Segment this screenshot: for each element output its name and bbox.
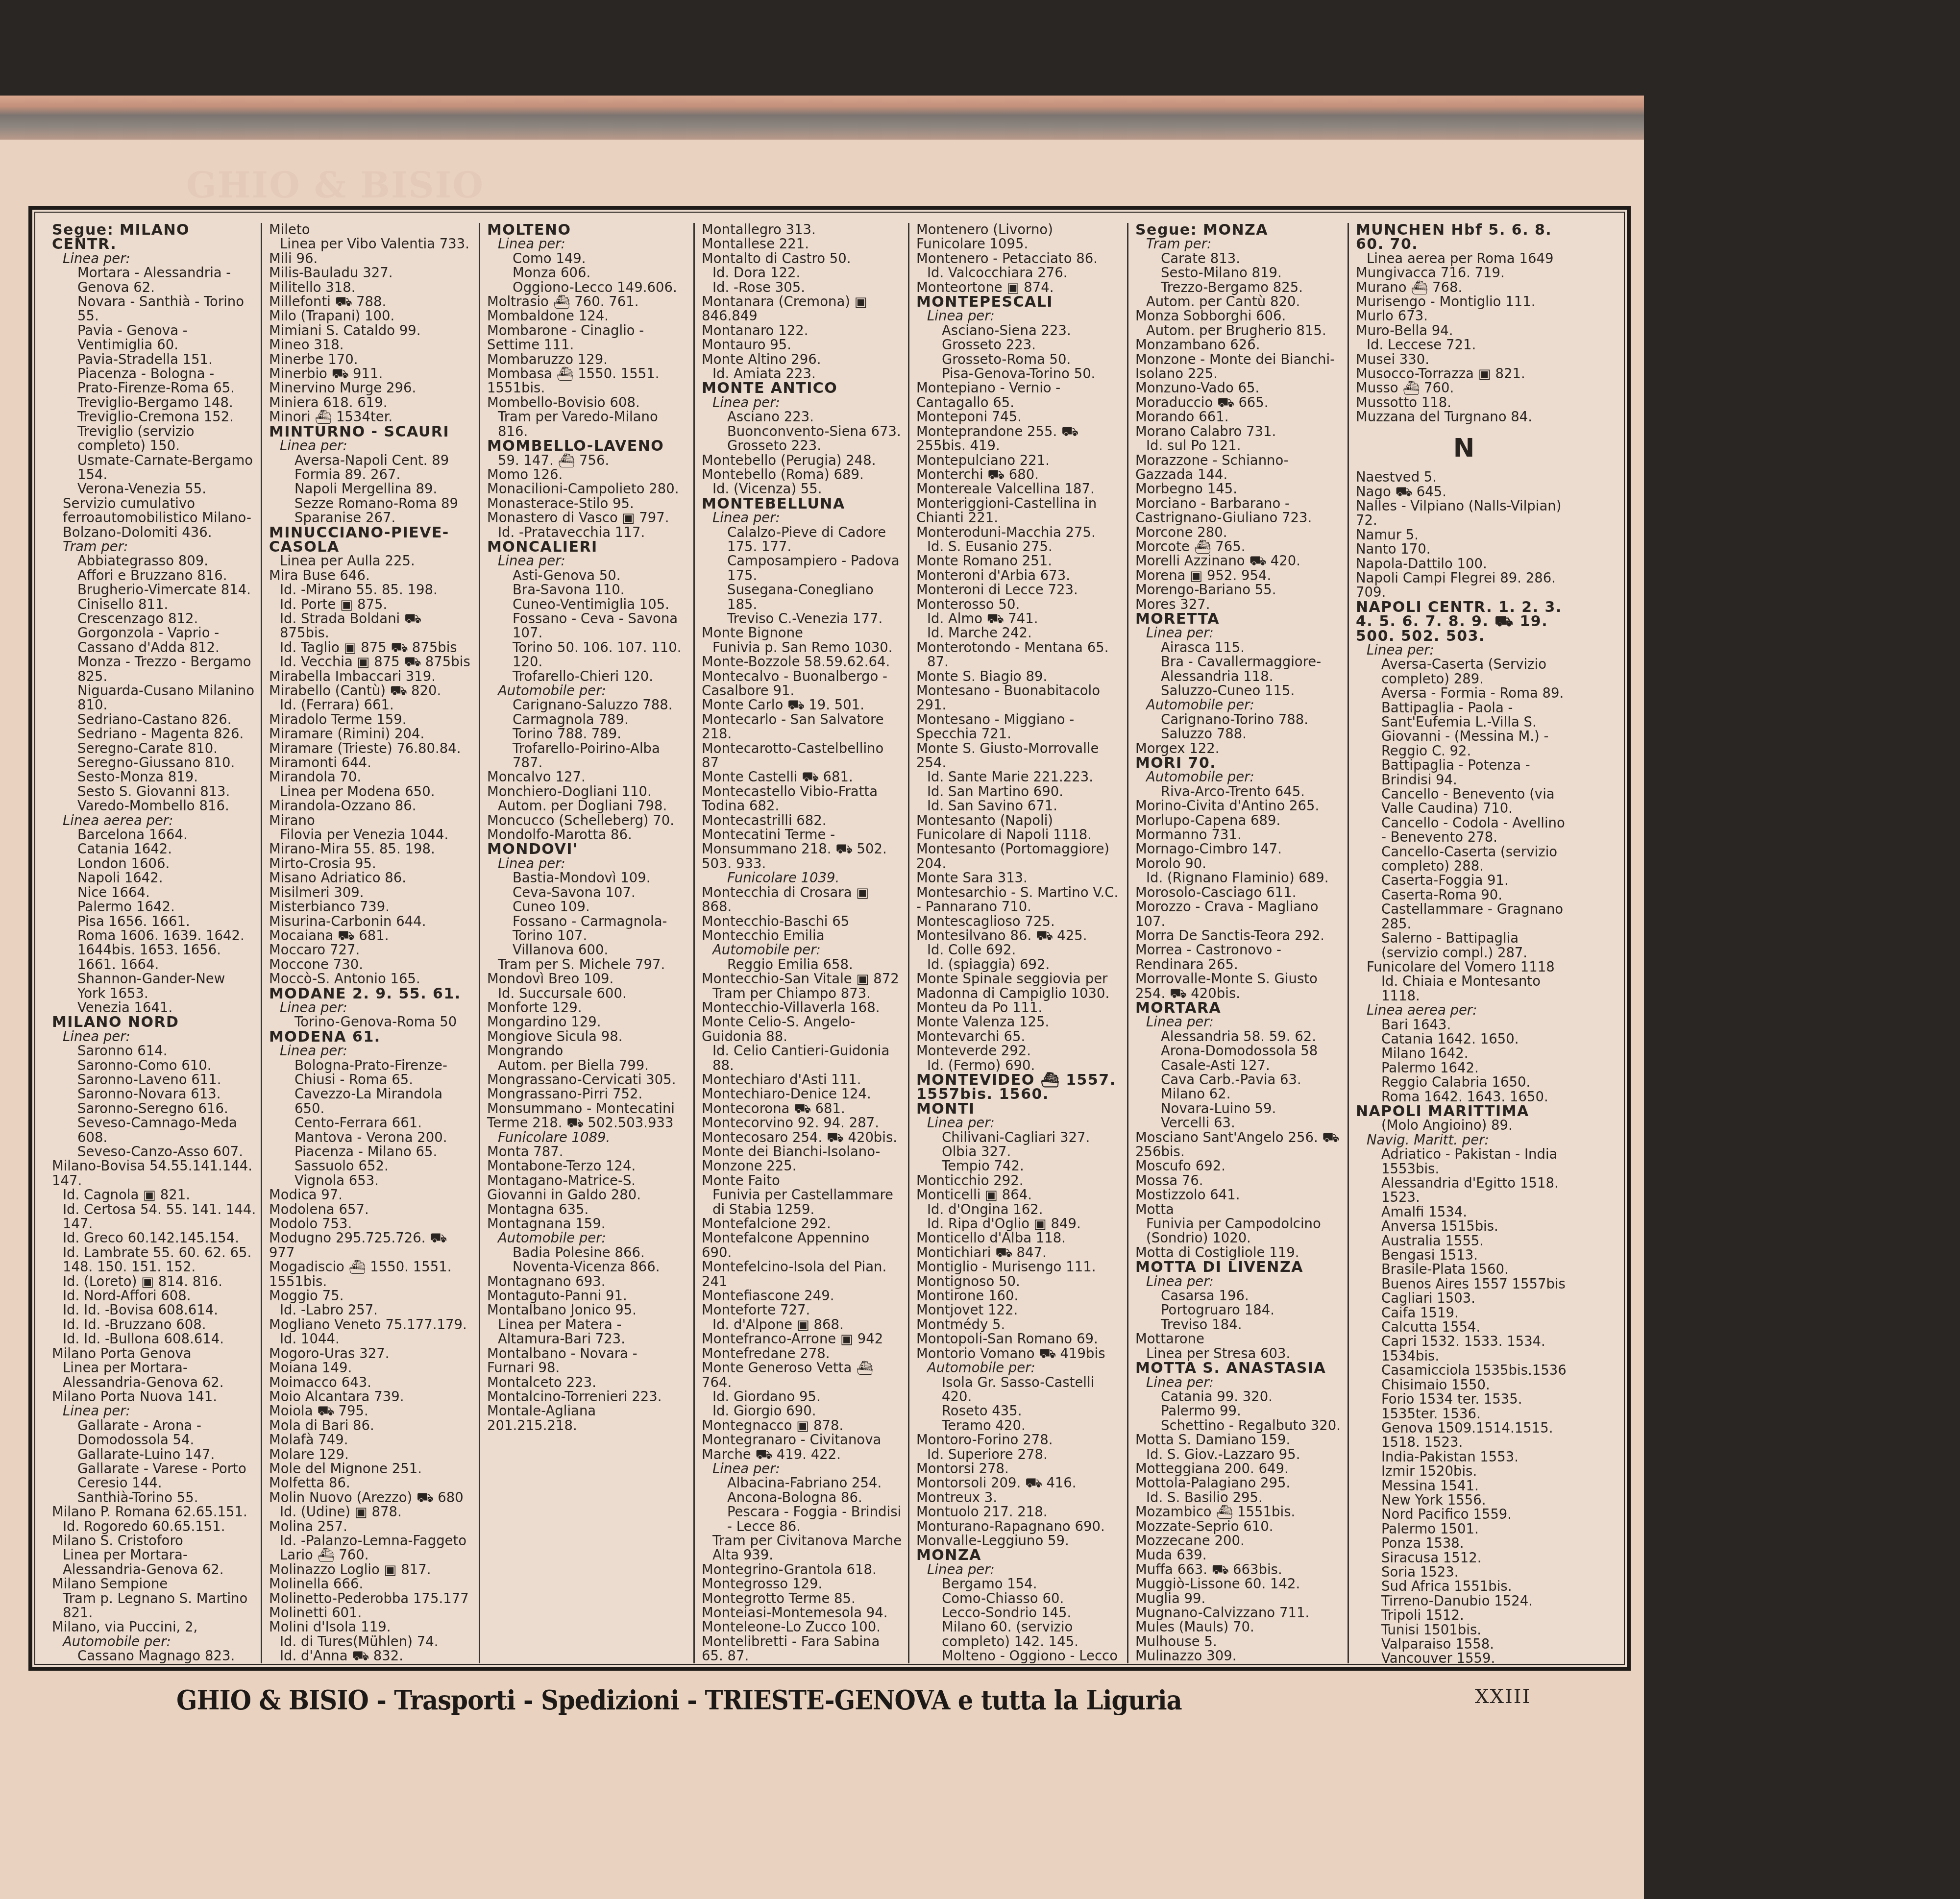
index-entry: Chilivani-Cagliari 327. xyxy=(916,1131,1121,1145)
station-heading: MORETTA xyxy=(1135,612,1342,626)
index-entry: Monte S. Biagio 89. xyxy=(916,670,1121,684)
index-entry: Mombasa ⛴ 1550. 1551. 1551bis. xyxy=(487,367,687,396)
index-entry: Id. Nord-Affori 608. xyxy=(52,1289,257,1303)
index-entry: Linea per: xyxy=(1135,1275,1342,1289)
index-entry: Nalles - Vilpiano (Nalls-Vilpian) 72. xyxy=(1356,499,1572,528)
index-column-5: Montenero (Livorno) Funicolare 1095.Mont… xyxy=(908,223,1127,1663)
index-entry: Roseto 435. xyxy=(916,1404,1121,1418)
index-entry: Oggiono-Lecco 149.606. xyxy=(487,281,687,295)
bleed-through-text: GHIO & BISIO xyxy=(186,164,484,206)
index-entry: Bastia-Mondovì 109. xyxy=(487,871,687,885)
index-entry: Montefalcione 292. xyxy=(702,1217,902,1231)
index-entry: Filovia per Venezia 1044. xyxy=(269,828,473,842)
index-entry: Montorio Vomano ⛟ 419bis xyxy=(916,1347,1121,1361)
index-entry: Mossa 76. xyxy=(1135,1174,1342,1188)
index-entry: Saronno-Laveno 611. xyxy=(52,1073,257,1087)
index-entry: Montesanto (Napoli) Funicolare di Napoli… xyxy=(916,814,1121,843)
index-entry: Montallese 221. xyxy=(702,237,902,251)
index-entry: Id. d'Anna ⛟ 832. xyxy=(269,1649,473,1663)
index-entry: Funivia p. San Remo 1030. xyxy=(702,641,902,655)
index-entry: Nord Pacifico 1559. xyxy=(1356,1508,1572,1522)
publisher-footer-ad: GHIO & BISIO - Trasporti - Spedizioni - … xyxy=(176,1684,1182,1716)
index-entry: Automobile per: xyxy=(1135,698,1342,712)
index-entry: Aversa - Formia - Roma 89. xyxy=(1356,686,1572,701)
index-entry: Roma 1642. 1643. 1650. xyxy=(1356,1090,1572,1104)
index-entry: Torino-Genova-Roma 50 xyxy=(269,1015,473,1029)
index-entry: Sud Africa 1551bis. xyxy=(1356,1580,1572,1594)
index-entry: Mirandola 70. xyxy=(269,770,473,784)
index-entry: Montallegro 313. xyxy=(702,223,902,237)
index-entry: Catania 1642. 1650. xyxy=(1356,1032,1572,1047)
index-entry: Miramare (Trieste) 76.80.84. xyxy=(269,742,473,756)
index-entry: Mongrassano-Pirri 752. xyxy=(487,1087,687,1101)
index-entry: Milano, via Puccini, 2, xyxy=(52,1620,257,1634)
index-entry: Automobile per: xyxy=(487,1231,687,1245)
index-entry: Caserta-Roma 90. xyxy=(1356,888,1572,902)
index-entry: Id. Celio Cantieri-Guidonia 88. xyxy=(702,1044,902,1073)
index-entry: Verona-Venezia 55. xyxy=(52,482,257,496)
index-entry: Palermo 1501. xyxy=(1356,1522,1572,1536)
index-entry: Morengo-Bariano 55. xyxy=(1135,583,1342,597)
index-entry: Linea aerea per: xyxy=(1356,1003,1572,1018)
index-entry: Mussotto 118. xyxy=(1356,396,1572,410)
index-entry: Molinetti 601. xyxy=(269,1606,473,1620)
index-entry: Linea per Mortara-Alessandria-Genova 62. xyxy=(52,1361,257,1390)
index-entry: Monte Carlo ⛟ 19. 501. xyxy=(702,698,902,712)
index-entry: Linea per Modena 650. xyxy=(269,785,473,799)
index-entry: Morozzo - Crava - Magliano 107. xyxy=(1135,900,1342,929)
index-entry: Saronno-Seregno 616. xyxy=(52,1102,257,1116)
index-entry: Asciano 223. xyxy=(702,410,902,424)
index-entry: Monte Faito xyxy=(702,1174,902,1188)
index-entry: Momo 126. xyxy=(487,468,687,482)
index-entry: Moraduccio ⛟ 665. xyxy=(1135,396,1342,410)
index-entry: Mulinazzo 309. xyxy=(1135,1649,1342,1663)
index-entry: Monta 787. xyxy=(487,1145,687,1159)
index-entry: Muda 639. xyxy=(1135,1548,1342,1562)
index-entry: Mongardino 129. xyxy=(487,1015,687,1029)
station-heading: MÜNCHEN Hbf 5. 6. 8. 60. 70. xyxy=(1356,223,1572,252)
index-entry: Militello 318. xyxy=(269,281,473,295)
index-entry: Santhià-Torino 55. xyxy=(52,1491,257,1505)
index-entry: Arona-Domodossola 58 xyxy=(1135,1044,1342,1058)
index-entry: Montecalvo - Buonalbergo - Casalbore 91. xyxy=(702,670,902,699)
index-entry: Mombaruzzo 129. xyxy=(487,353,687,367)
index-entry: Molin Nuovo (Arezzo) ⛟ 680 xyxy=(269,1491,473,1505)
index-entry: Montecchio Emilia xyxy=(702,929,902,943)
index-entry: Cava Carb.-Pavia 63. xyxy=(1135,1073,1342,1087)
index-entry: Treviso C.-Venezia 177. xyxy=(702,612,902,626)
index-entry: Monvalle-Leggiuno 59. xyxy=(916,1534,1121,1548)
index-entry: Saronno 614. xyxy=(52,1044,257,1058)
index-entry: Montegrino-Grantola 618. xyxy=(702,1563,902,1577)
index-entry: Usmate-Carnate-Bergamo 154. xyxy=(52,454,257,483)
index-entry: Vercelli 63. xyxy=(1135,1116,1342,1130)
index-entry: Casarsa 196. xyxy=(1135,1289,1342,1303)
index-entry: Molinetto-Pederobba 175.177 xyxy=(269,1592,473,1606)
index-entry: Casamicciola 1535bis.1536 xyxy=(1356,1363,1572,1378)
index-entry: Linea per: xyxy=(52,252,257,266)
index-entry: Pescara - Foggia - Brindisi - Lecce 86. xyxy=(702,1505,902,1534)
index-entry: Monastero di Vasco ▣ 797. xyxy=(487,511,687,525)
index-entry: Bergamo 154. xyxy=(916,1577,1121,1591)
index-entry: Automobile per: xyxy=(916,1361,1121,1375)
index-entry: Treviglio-Cremona 152. xyxy=(52,410,257,424)
index-entry: Montalceto 223. xyxy=(487,1376,687,1390)
index-entry: Adriatico - Pakistan - India 1553bis. xyxy=(1356,1147,1572,1176)
index-entry: Montecarlo - San Salvatore 218. xyxy=(702,713,902,742)
index-entry: Novara - Santhià - Torino 55. xyxy=(52,295,257,324)
index-entry: Mombarone - Cinaglio - Settime 111. xyxy=(487,324,687,353)
index-entry: Linea per: xyxy=(916,1563,1121,1577)
index-entry: Id. Marche 242. xyxy=(916,626,1121,640)
index-entry: Montecchia di Crosara ▣ 868. xyxy=(702,886,902,915)
index-entry: Seveso-Camnago-Meda 608. xyxy=(52,1116,257,1145)
index-entry: Monterosso 50. xyxy=(916,598,1121,612)
index-entry: Montecatini Terme - Monsummano 218. ⛟ 50… xyxy=(702,828,902,871)
index-entry: Olbia 327. xyxy=(916,1145,1121,1159)
index-entry: Pavia-Stradella 151. xyxy=(52,353,257,367)
index-entry: Affori e Bruzzano 816. xyxy=(52,569,257,583)
index-entry: Gallarate-Luino 147. xyxy=(52,1448,257,1462)
index-entry: Montagano-Matrice-S. Giovanni in Galdo 2… xyxy=(487,1174,687,1203)
index-entry: Montalto di Castro 50. xyxy=(702,252,902,266)
index-entry: Bra - Cavallermaggiore-Alessandria 118. xyxy=(1135,655,1342,684)
index-entry: Cavezzo-La Mirandola 650. xyxy=(269,1087,473,1116)
station-heading: MONCALIERI xyxy=(487,540,687,554)
index-entry: Monte Altino 296. xyxy=(702,353,902,367)
index-entry: Cassano Magnago 823. xyxy=(52,1649,257,1663)
index-entry: Gallarate - Varese - Porto Ceresio 144. xyxy=(52,1462,257,1491)
index-entry: Morando 661. xyxy=(1135,410,1342,424)
index-entry: Morino-Civita d'Antino 265. xyxy=(1135,799,1342,813)
index-entry: Musocco-Torrazza ▣ 821. xyxy=(1356,367,1572,381)
index-entry: Montabone-Terzo 124. xyxy=(487,1159,687,1173)
index-entry: Musei 330. xyxy=(1356,353,1572,367)
station-heading: MOLTENO xyxy=(487,223,687,237)
index-entry: Mira Buse 646. xyxy=(269,569,473,583)
index-entry: Montecorvino 92. 94. 287. xyxy=(702,1116,902,1130)
index-entry: Linea per: xyxy=(52,1404,257,1418)
index-entry: Muro-Bella 94. xyxy=(1356,324,1572,338)
index-column-4: Montallegro 313.Montallese 221.Montalto … xyxy=(693,223,908,1663)
index-entry: Mogoro-Uras 327. xyxy=(269,1347,473,1361)
index-entry: Noventa-Vicenza 866. xyxy=(487,1260,687,1274)
index-entry: Muzzana del Turgnano 84. xyxy=(1356,410,1572,424)
index-entry: Pisa 1656. 1661. xyxy=(52,915,257,929)
index-entry: Mantova - Verona 200. xyxy=(269,1131,473,1145)
index-entry: Monteu da Po 111. xyxy=(916,1001,1121,1015)
index-entry: Morbegno 145. xyxy=(1135,482,1342,496)
index-entry: Linea per: xyxy=(52,1030,257,1044)
index-entry: Moltrasio ⛴ 760. 761. xyxy=(487,295,687,309)
index-entry: Cuneo 109. xyxy=(487,900,687,914)
index-entry: Nice 1664. xyxy=(52,886,257,900)
index-entry: Montorsoli 209. ⛟ 416. xyxy=(916,1476,1121,1490)
index-entry: Mosciano Sant'Angelo 256. ⛟ 256bis. xyxy=(1135,1131,1342,1160)
index-entry: Linea per: xyxy=(487,857,687,871)
index-entry: Murlo 673. xyxy=(1356,309,1572,323)
index-entry: Monza 606. xyxy=(487,266,687,280)
index-entry: Id. Taglio ▣ 875 ⛟ 875bis xyxy=(269,641,473,655)
index-entry: Misurina-Carbonin 644. xyxy=(269,915,473,929)
index-entry: Id. (Vicenza) 55. xyxy=(702,482,902,496)
index-entry: Saluzzo 788. xyxy=(1135,727,1342,741)
index-entry: Moscufo 692. xyxy=(1135,1159,1342,1173)
index-entry: Valparaiso 1558. xyxy=(1356,1637,1572,1652)
index-entry: Monticelli ▣ 864. xyxy=(916,1188,1121,1202)
index-entry: Montesanto (Portomaggiore) 204. xyxy=(916,842,1121,871)
index-entry: Crescenzago 812. xyxy=(52,612,257,626)
index-entry: Tram per Civitanova Marche Alta 939. xyxy=(702,1534,902,1563)
index-entry: Seveso-Canzo-Asso 607. xyxy=(52,1145,257,1159)
station-heading: Segue: MILANO CENTR. xyxy=(52,223,257,252)
index-entry: Montereale Valcellina 187. xyxy=(916,482,1121,496)
index-entry: Mirano xyxy=(269,814,473,828)
index-entry: Molinella 666. xyxy=(269,1577,473,1591)
index-entry: Milano 62. xyxy=(1135,1087,1342,1101)
index-entry: Modolena 657. xyxy=(269,1203,473,1217)
index-entry: Montignoso 50. xyxy=(916,1275,1121,1289)
index-entry: Id. Superiore 278. xyxy=(916,1448,1121,1462)
index-entry: Pisa-Genova-Torino 50. xyxy=(916,367,1121,381)
index-entry: Millefonti ⛟ 788. xyxy=(269,295,473,309)
index-entry: Monchiero-Dogliani 110. xyxy=(487,785,687,799)
index-entry: Montevarchi 65. xyxy=(916,1030,1121,1044)
index-entry: Saluzzo-Cuneo 115. xyxy=(1135,684,1342,698)
index-entry: Id. S. Giov.-Lazzaro 95. xyxy=(1135,1448,1342,1462)
index-entry: Monsummano - Montecatini Terme 218. ⛟ 50… xyxy=(487,1102,687,1131)
index-entry: Capri 1532. 1533. 1534. 1534bis. xyxy=(1356,1335,1572,1363)
index-column-3: MOLTENOLinea per:Como 149.Monza 606.Oggi… xyxy=(479,223,693,1663)
index-entry: Montelibretti - Fara Sabina 65. 87. xyxy=(702,1635,902,1663)
index-entry: Treviso 184. xyxy=(1135,1318,1342,1332)
index-entry: Montegranaro - Civitanova Marche ⛟ 419. … xyxy=(702,1433,902,1462)
index-entry: Mongiove Sicula 98. xyxy=(487,1030,687,1044)
index-entry: Montebello (Perugia) 248. xyxy=(702,454,902,468)
index-entry: Linea per: xyxy=(1135,1376,1342,1390)
index-entry: Pavia - Genova - Ventimiglia 60. xyxy=(52,324,257,353)
index-entry: Catania 1642. xyxy=(52,842,257,856)
index-entry: Morosolo-Casciago 611. xyxy=(1135,886,1342,900)
index-entry: Moncalvo 127. xyxy=(487,770,687,784)
index-entry: Sezze Romano-Roma 89 xyxy=(269,497,473,511)
index-entry: Grosseto 223. xyxy=(916,338,1121,352)
index-entry: Mili 96. xyxy=(269,252,473,266)
index-entry: Cancello - Codola - Avellino - Benevento… xyxy=(1356,816,1572,845)
index-entry: Treviglio (servizio completo) 150. xyxy=(52,425,257,454)
index-entry: Automobile per: xyxy=(1135,770,1342,784)
index-entry: Ceva-Savona 107. xyxy=(487,886,687,900)
index-entry: Id. Rogoredo 60.65.151. xyxy=(52,1520,257,1534)
index-entry: Chisimaio 1550. xyxy=(1356,1378,1572,1392)
index-entry: Morlupo-Capena 689. xyxy=(1135,814,1342,828)
index-entry: Montanaro 122. xyxy=(702,324,902,338)
index-entry: Id. Amiata 223. xyxy=(702,367,902,381)
index-entry: Mole del Mignone 251. xyxy=(269,1462,473,1476)
index-entry: Montepiano - Vernio - Cantagallo 65. xyxy=(916,381,1121,410)
index-entry: Monacilioni-Campolieto 280. xyxy=(487,482,687,496)
index-entry: Id. 1044. xyxy=(269,1332,473,1346)
index-entry: Namur 5. xyxy=(1356,528,1572,542)
index-entry: Nanto 170. xyxy=(1356,542,1572,557)
index-entry: Monticchio 292. xyxy=(916,1174,1121,1188)
index-entry: Tram per Varedo-Milano 816. xyxy=(487,410,687,439)
index-entry: Montesarchio - S. Martino V.C. - Pannara… xyxy=(916,886,1121,915)
index-entry: Bra-Savona 110. xyxy=(487,583,687,597)
index-entry: Misterbianco 739. xyxy=(269,900,473,914)
index-entry: Monte dei Bianchi-Isolano-Monzone 225. xyxy=(702,1145,902,1174)
index-entry: Id. Almo ⛟ 741. xyxy=(916,612,1121,626)
index-entry: Linea per: xyxy=(1135,626,1342,640)
index-entry: Id. d'Ongina 162. xyxy=(916,1203,1121,1217)
index-entry: Milano S. Cristoforo xyxy=(52,1534,257,1548)
index-entry: Funivia per Castellammare di Stabia 1259… xyxy=(702,1188,902,1217)
index-entry: Id. -Rose 305. xyxy=(702,281,902,295)
index-entry: Id. Chiaia e Montesanto 1118. xyxy=(1356,974,1572,1003)
index-entry: Montreux 3. xyxy=(916,1491,1121,1505)
index-entry: Saronno-Como 610. xyxy=(52,1059,257,1073)
index-entry: Piacenza - Milano 65. xyxy=(269,1145,473,1159)
index-entry: Caserta-Foggia 91. xyxy=(1356,874,1572,888)
index-entry: Moimacco 643. xyxy=(269,1376,473,1390)
index-entry: Id. Vecchia ▣ 875 ⛟ 875bis xyxy=(269,655,473,669)
index-entry: Minori ⛴ 1534ter. xyxy=(269,410,473,424)
index-entry: Monteroni d'Arbia 673. xyxy=(916,569,1121,583)
m-entries-tail: MÜNCHEN Hbf 5. 6. 8. 60. 70.Linea aerea … xyxy=(1356,223,1572,425)
index-entry: Montefelcino-Isola del Pian. 241 xyxy=(702,1260,902,1289)
index-entry: Linea per: xyxy=(1135,1015,1342,1029)
index-entry: Trezzo-Bergamo 825. xyxy=(1135,281,1342,295)
index-entry: Id. (Udine) ▣ 878. xyxy=(269,1505,473,1519)
index-entry: Mornago-Cimbro 147. xyxy=(1135,842,1342,856)
index-entry: Tram p. Legnano S. Martino 821. xyxy=(52,1592,257,1621)
index-entry: Salerno - Battipaglia (servizio compl.) … xyxy=(1356,931,1572,960)
index-entry: Montecarotto-Castelbellino 87 xyxy=(702,742,902,771)
index-entry: Mozzate-Seprio 610. xyxy=(1135,1520,1342,1534)
index-entry: Buenos Aires 1557 1557bis xyxy=(1356,1277,1572,1291)
index-entry: Morra De Sanctis-Teora 292. xyxy=(1135,929,1342,943)
index-entry: Miradolo Terme 159. xyxy=(269,713,473,727)
index-entry: Mogliano Veneto 75.177.179. xyxy=(269,1318,473,1332)
index-entry: Moiana 149. xyxy=(269,1361,473,1375)
index-entry: Molare 129. xyxy=(269,1448,473,1462)
index-entry: Id. -Mirano 55. 85. 198. xyxy=(269,583,473,597)
station-heading: MORI 70. xyxy=(1135,756,1342,770)
index-entry: Montegnacco ▣ 878. xyxy=(702,1419,902,1433)
index-entry: Montagnano 693. xyxy=(487,1275,687,1289)
index-entry: Ancona-Bologna 86. xyxy=(702,1491,902,1505)
index-entry: Mirano-Mira 55. 85. 198. xyxy=(269,842,473,856)
index-entry: Carignano-Torino 788. xyxy=(1135,713,1342,727)
index-entry: Id. Colle 692. xyxy=(916,943,1121,957)
index-entry: Linea per Vibo Valentia 733. xyxy=(269,237,473,251)
index-entry: Musso ⛴ 760. xyxy=(1356,381,1572,395)
index-entry: Mortara - Alessandria - Genova 62. xyxy=(52,266,257,295)
index-entry: Modugno 295.725.726. ⛟ 977 xyxy=(269,1231,473,1260)
index-entry: Id. -Palanzo-Lemna-Faggeto Lario ⛴ 760. xyxy=(269,1534,473,1563)
index-entry: Linea per: xyxy=(702,396,902,410)
page-number: XXIII xyxy=(1475,1685,1531,1708)
index-entry: Monasterace-Stilo 95. xyxy=(487,497,687,511)
station-heading: MONTEVIDEO ⛴ 1557. 1557bis. 1560. xyxy=(916,1073,1121,1102)
index-entry: Susegana-Conegliano 185. xyxy=(702,583,902,612)
index-entry: Monteleone-Lo Zucco 100. xyxy=(702,1620,902,1634)
index-entry: Cinisello 811. xyxy=(52,598,257,612)
station-heading: MINUCCIANO-PIEVE-CASOLA xyxy=(269,526,473,555)
index-entry: Mondovì Breo 109. xyxy=(487,972,687,986)
index-entry: Mola di Bari 86. xyxy=(269,1419,473,1433)
index-entry: Novara-Luino 59. xyxy=(1135,1102,1342,1116)
index-entry: Monte S. Giusto-Morrovalle 254. xyxy=(916,742,1121,771)
index-entry: Linea per: xyxy=(702,511,902,525)
index-entry: Napoli Campi Flegrei 89. 286. 709. xyxy=(1356,571,1572,600)
index-entry: Monte Bignone xyxy=(702,626,902,640)
index-entry: Monte Romano 251. xyxy=(916,554,1121,568)
index-entry: Bologna-Prato-Firenze-Chiusi - Roma 65. xyxy=(269,1059,473,1088)
station-heading: MONTI xyxy=(916,1102,1121,1116)
index-entry: Id. (Fermo) 690. xyxy=(916,1059,1121,1073)
index-entry: Como 149. xyxy=(487,252,687,266)
index-entry: Modica 97. xyxy=(269,1188,473,1202)
index-entry: Portogruaro 184. xyxy=(1135,1303,1342,1317)
index-entry: Montmédy 5. xyxy=(916,1318,1121,1332)
index-entry: Id. Id. -Bovisa 608.614. xyxy=(52,1303,257,1317)
index-entry: Mules (Mauls) 70. xyxy=(1135,1620,1342,1634)
index-column-1: Segue: MILANO CENTR.Linea per:Mortara - … xyxy=(45,223,263,1663)
index-entry: Palermo 99. xyxy=(1135,1404,1342,1418)
index-entry: Palermo 1642. xyxy=(52,900,257,914)
index-entry: Monte Celio-S. Angelo-Guidonia 88. xyxy=(702,1015,902,1044)
index-entry: Monte-Bozzole 58.59.62.64. xyxy=(702,655,902,669)
index-entry: Napoli Mergellina 89. xyxy=(269,482,473,496)
index-entry: Montecorona ⛟ 681. xyxy=(702,1102,902,1116)
station-heading: MORTARA xyxy=(1135,1001,1342,1015)
index-entry: Moccò-S. Antonio 165. xyxy=(269,972,473,986)
index-entry: Vancouver 1559. xyxy=(1356,1652,1572,1663)
index-entry: Montauro 95. xyxy=(702,338,902,352)
index-entry: Monzuno-Vado 65. xyxy=(1135,381,1342,395)
index-entry: Sedriano-Castano 826. xyxy=(52,713,257,727)
index-entry: Linea aerea per Roma 1649 xyxy=(1356,252,1572,266)
index-entry: Miniera 618. 619. xyxy=(269,396,473,410)
index-entry: Montebello (Roma) 689. xyxy=(702,468,902,482)
index-entry: Mirabella Imbaccari 319. xyxy=(269,670,473,684)
index-entry: Linea per: xyxy=(269,1001,473,1015)
index-entry: Buonconvento-Siena 673. xyxy=(702,425,902,439)
index-entry: Reggio Emilia 658. xyxy=(702,958,902,972)
index-column-2: MiletoLinea per Vibo Valentia 733.Mili 9… xyxy=(261,223,479,1663)
index-entry: Monzambano 626. xyxy=(1135,338,1342,352)
index-entry: Monte Sara 313. xyxy=(916,871,1121,885)
index-entry: Monteponi 745. xyxy=(916,410,1121,424)
index-entry: Trofarello-Poirino-Alba 787. xyxy=(487,742,687,771)
index-entry: Montesano - Miggiano - Specchia 721. xyxy=(916,713,1121,742)
index-entry: Montecastrilli 682. xyxy=(702,814,902,828)
station-heading: MONZA xyxy=(916,1548,1121,1562)
index-entry: Milano-Bovisa 54.55.141.144. 147. xyxy=(52,1159,257,1188)
index-entry: Linea per: xyxy=(269,439,473,453)
index-entry: Moiola ⛟ 795. xyxy=(269,1404,473,1418)
index-entry: Montanara (Cremona) ▣ 846.849 xyxy=(702,295,902,324)
index-entry: Id. S. Basilio 295. xyxy=(1135,1491,1342,1505)
index-entry: Shannon-Gander-New York 1653. xyxy=(52,972,257,1001)
index-entry: Mineo 318. xyxy=(269,338,473,352)
index-entry: Trofarello-Chieri 120. xyxy=(487,670,687,684)
index-entry: Muglia 99. xyxy=(1135,1592,1342,1606)
index-entry: Morazzone - Schianno-Gazzada 144. xyxy=(1135,454,1342,483)
index-entry: Mongrando xyxy=(487,1044,687,1058)
